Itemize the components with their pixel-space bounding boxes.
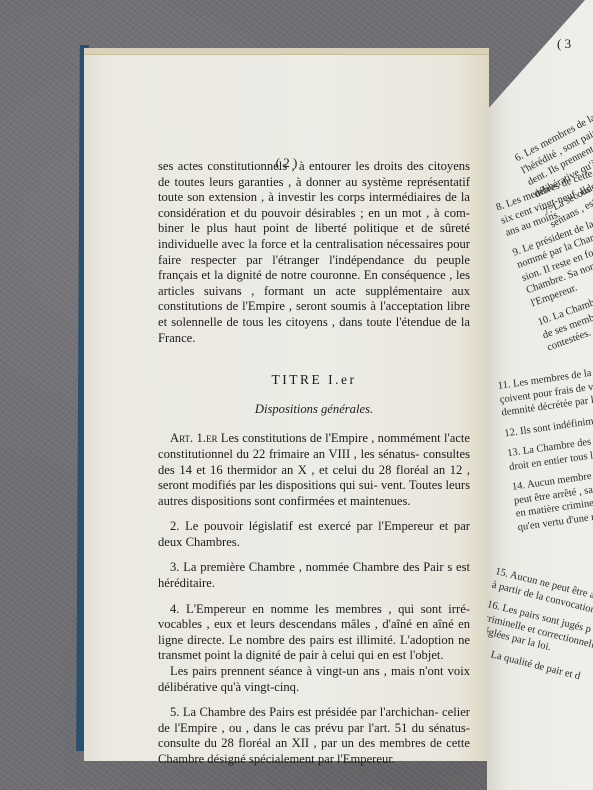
left-page-text: ses actes constitutionnels , à entourer … [158, 159, 470, 768]
intro-paragraph: ses actes constitutionnels , à entourer … [158, 159, 470, 346]
section-subtitle: Dispositions générales. [158, 402, 470, 418]
article-label: 5. [170, 705, 179, 719]
article-4-continuation: Les pairs prennent séance à vingt-un ans… [158, 664, 470, 695]
article-3: 3. La première Chambre , nommée Chambre … [158, 560, 470, 591]
article-label: 4. [170, 602, 179, 616]
article-4: 4. L'Empereur en nomme les membres , qui… [158, 602, 470, 664]
right-page-number: ( 3 [557, 36, 571, 52]
right-page-text-lower: 11. Les membres de la Cha çoivent pour f… [497, 356, 593, 534]
article-5: 5. La Chambre des Pairs est présidée par… [158, 705, 470, 767]
article-1: Art. 1.er Les constitutions de l'Empire … [158, 431, 470, 509]
article-label: 3. [170, 560, 179, 574]
right-page-text-bottom: 15. Aucun ne peut être ar à partir de la… [487, 565, 593, 698]
article-label: 2. [170, 519, 179, 533]
article-label: Art. 1.er [170, 431, 217, 445]
right-page: ( 3 6. Les membres de la famil l'hérédit… [487, 0, 593, 790]
section-title: TITRE I.er [158, 372, 470, 388]
article-2: 2. Le pouvoir législatif est exercé par … [158, 519, 470, 550]
